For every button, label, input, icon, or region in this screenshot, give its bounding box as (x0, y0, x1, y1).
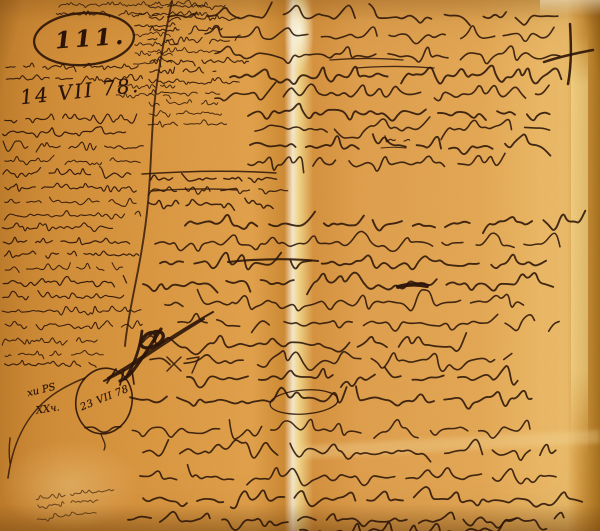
manuscript-page: 111. 14 VII 78. 23 VII 78 хи PS ХХч. (0, 0, 600, 531)
margin-tick (9, 438, 10, 463)
page-number: 111. (54, 23, 128, 55)
